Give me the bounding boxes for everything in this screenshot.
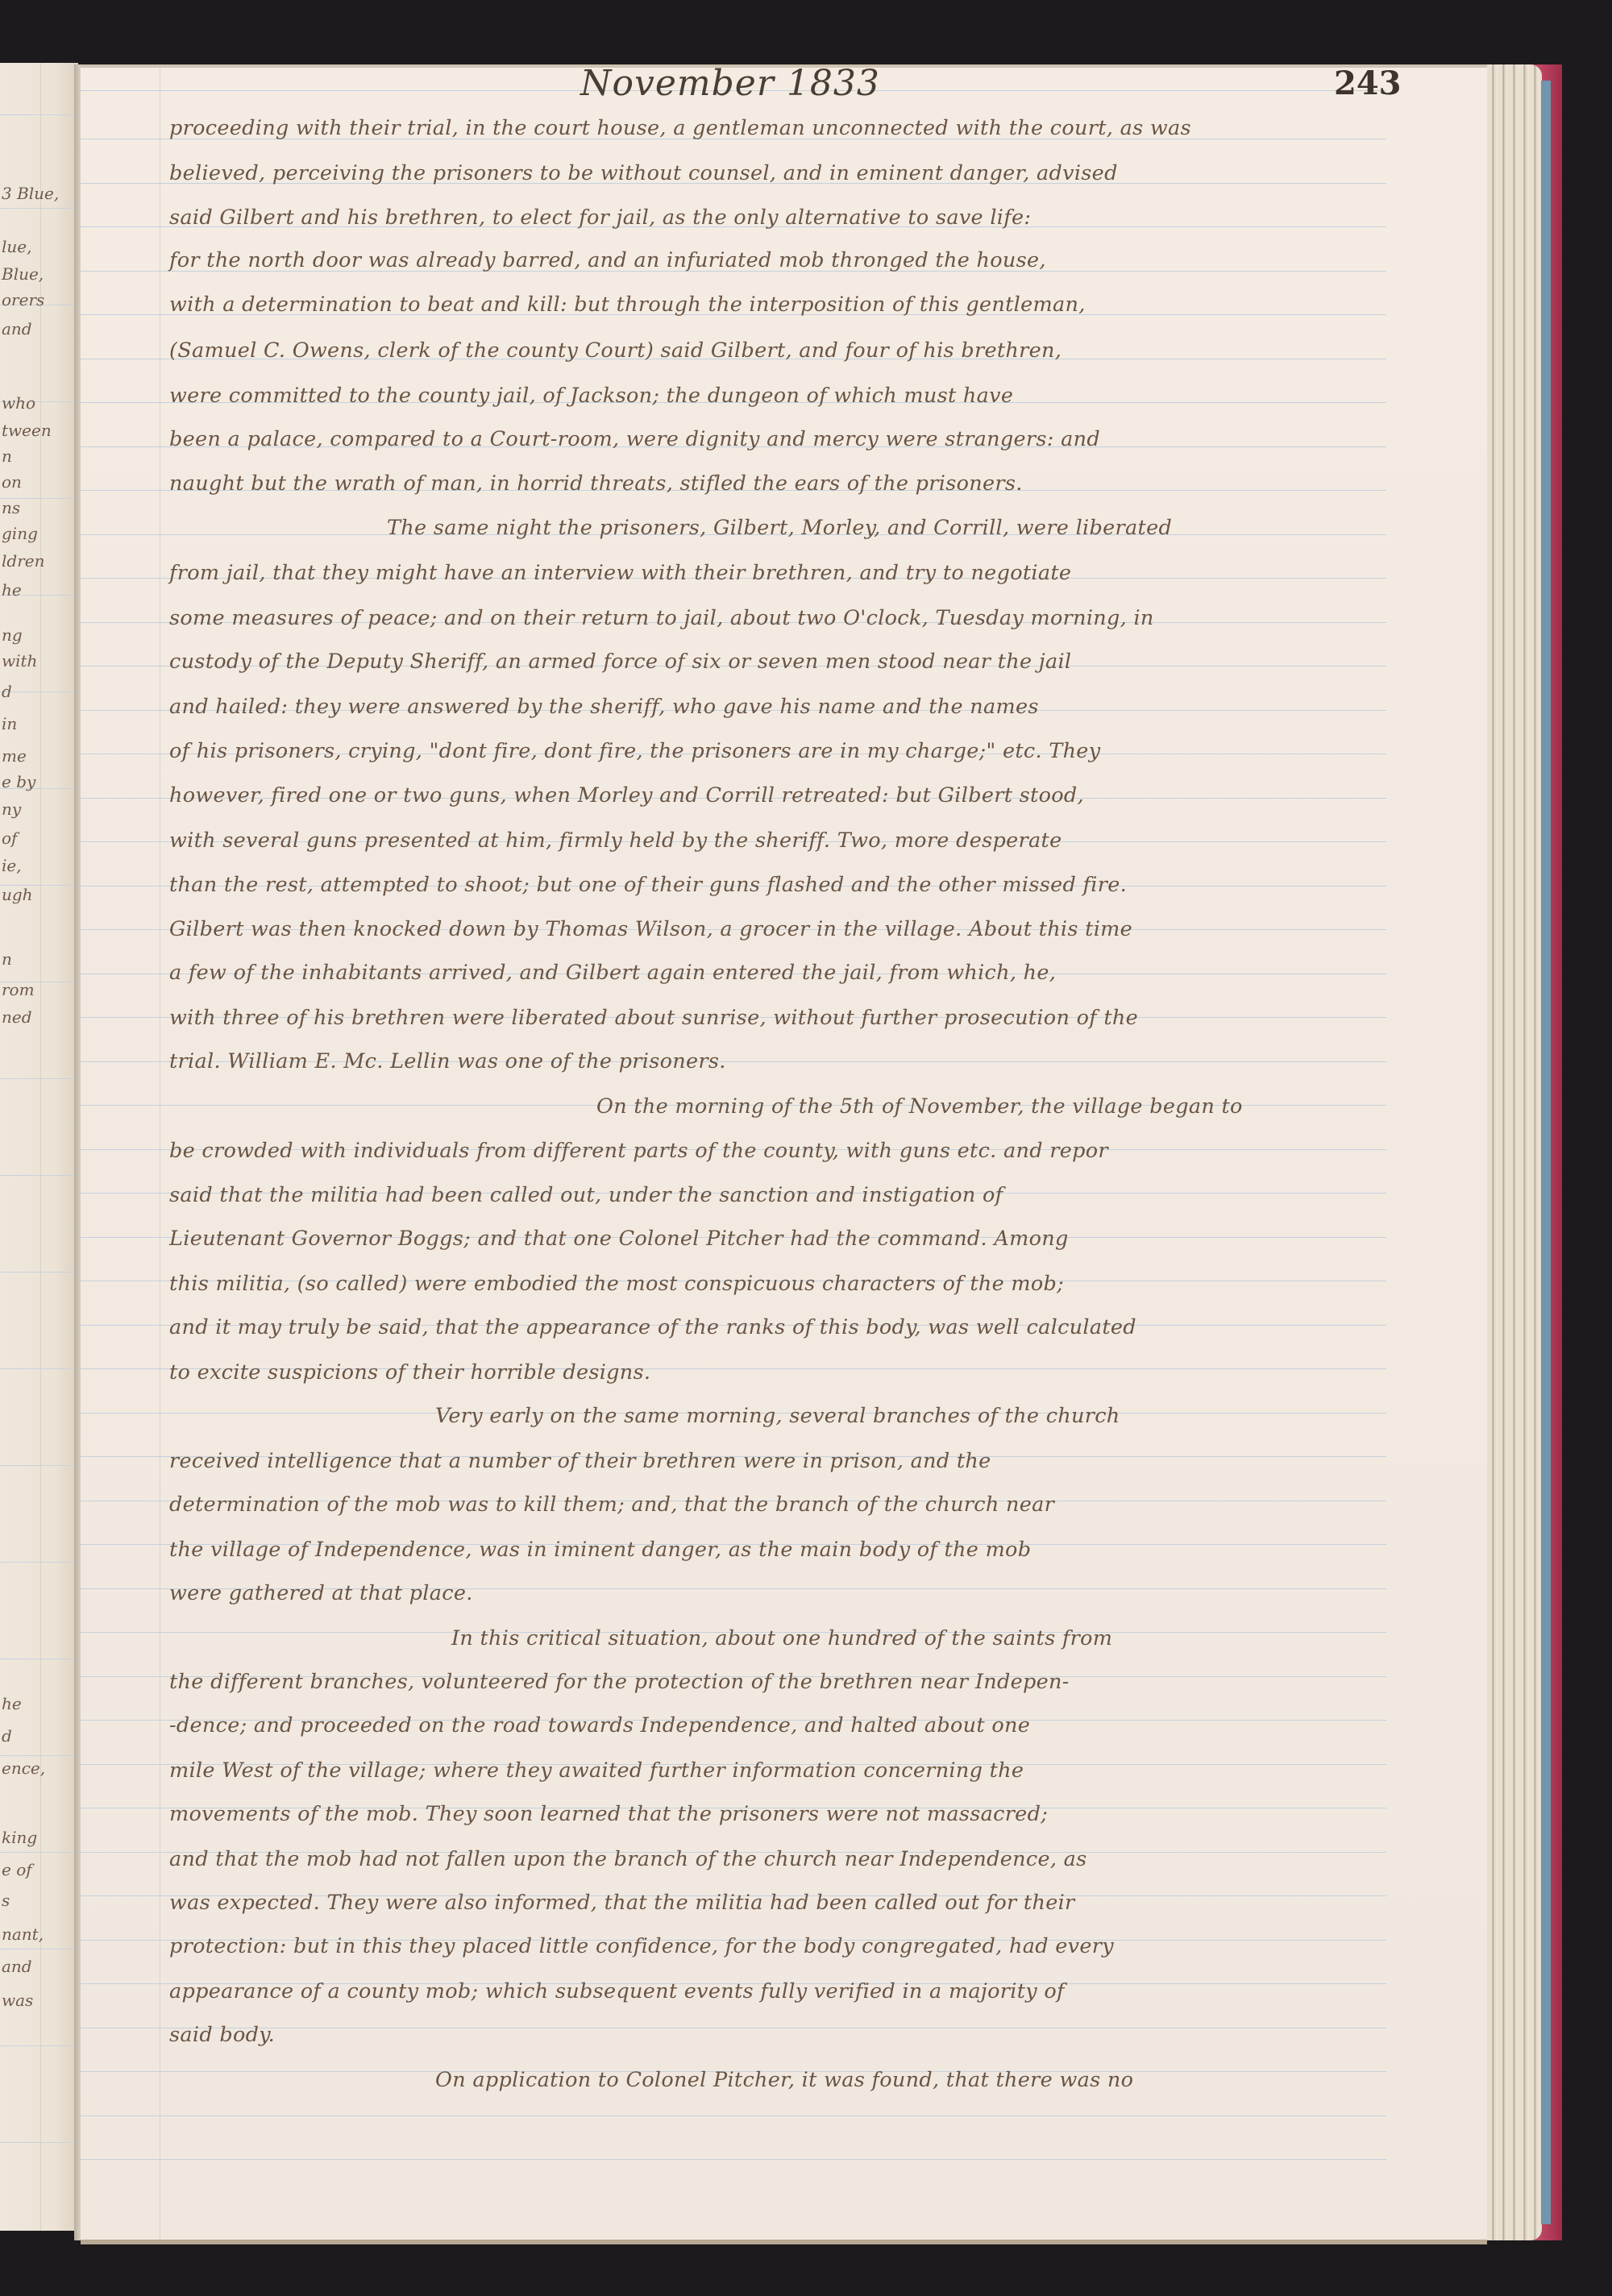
manuscript-line: mile West of the village; where they awa…: [169, 1758, 1024, 1783]
left-page-fragment: d: [2, 1726, 12, 1746]
manuscript-line: however, fired one or two guns, when Mor…: [169, 783, 1084, 808]
left-page-fragment: me: [2, 746, 27, 766]
left-page-fragment: he: [2, 1694, 22, 1713]
left-page-fragment: ldren: [2, 551, 44, 571]
rule-line: [81, 2159, 1386, 2160]
manuscript-line: movements of the mob. They soon learned …: [169, 1802, 1048, 1826]
manuscript-line: naught but the wrath of man, in horrid t…: [169, 471, 1023, 496]
rule-line: [0, 1852, 78, 1853]
manuscript-line: were gathered at that place.: [169, 1581, 473, 1605]
manuscript-line: some measures of peace; and on their ret…: [169, 606, 1154, 630]
manuscript-line: trial. William E. Mc. Lellin was one of …: [169, 1049, 726, 1073]
manuscript-line: The same night the prisoners, Gilbert, M…: [387, 516, 1172, 540]
manuscript-line: a few of the inhabitants arrived, and Gi…: [169, 961, 1056, 985]
manuscript-line: and that the mob had not fallen upon the…: [169, 1847, 1087, 1871]
manuscript-line: be crowded with individuals from differe…: [169, 1139, 1108, 1163]
rule-line: [0, 1562, 78, 1563]
left-page-fragment: s: [2, 1891, 10, 1910]
left-page-fragment: 3 Blue,: [2, 184, 59, 203]
manuscript-line: Very early on the same morning, several …: [435, 1404, 1120, 1428]
left-page-fragment: tween: [2, 421, 52, 440]
rule-line: [81, 2028, 1386, 2028]
left-page-sliver: 3 Blue, lue, Blue, orers and who tween n…: [0, 63, 78, 2231]
manuscript-line: Gilbert was then knocked down by Thomas …: [169, 917, 1132, 941]
manuscript-line: said body.: [169, 2023, 275, 2047]
left-page-fragment: of: [2, 828, 17, 848]
left-page-fragment: ence,: [2, 1758, 45, 1778]
manuscript-line: with a determination to beat and kill: b…: [169, 293, 1086, 317]
manuscript-line: Lieutenant Governor Boggs; and that one …: [169, 1227, 1069, 1251]
left-page-fragment: was: [2, 1991, 33, 2010]
page-header-date: November 1833: [580, 63, 880, 104]
page-number: 243: [1334, 64, 1402, 102]
manuscript-line: been a palace, compared to a Court-room,…: [169, 427, 1100, 451]
rule-line: [0, 208, 78, 209]
manuscript-line: On the morning of the 5th of November, t…: [596, 1094, 1243, 1119]
rule-line: [0, 114, 78, 115]
manuscript-line: determination of the mob was to kill the…: [169, 1493, 1054, 1517]
manuscript-line: and hailed: they were answered by the sh…: [169, 695, 1039, 719]
manuscript-line: this militia, (so called) were embodied …: [169, 1272, 1064, 1296]
right-page-margin-line: [160, 68, 160, 2240]
rule-line: [0, 1465, 78, 1466]
left-page-fragment: rom: [2, 980, 35, 999]
manuscript-line: custody of the Deputy Sheriff, an armed …: [169, 650, 1071, 674]
left-page-fragment: nant,: [2, 1924, 44, 1944]
left-page-fragment: he: [2, 580, 22, 600]
left-page-fragment: ie,: [2, 856, 22, 875]
manuscript-line: appearance of a county mob; which subseq…: [169, 1979, 1065, 2003]
left-page-fragment: n: [2, 949, 12, 969]
manuscript-line: On application to Colonel Pitcher, it wa…: [435, 2068, 1133, 2092]
manuscript-line: with three of his brethren were liberate…: [169, 1006, 1138, 1030]
rule-line: [0, 1368, 78, 1369]
manuscript-line: -dence; and proceeded on the road toward…: [169, 1713, 1030, 1738]
left-page-fragment: ng: [2, 625, 23, 645]
left-page-fragment: n: [2, 446, 12, 466]
rule-line: [0, 1755, 78, 1756]
manuscript-line: of his prisoners, crying, "dont fire, do…: [169, 739, 1100, 763]
left-page-fragment: d: [2, 682, 12, 701]
rule-line: [0, 1949, 78, 1949]
endpaper-edge: [1541, 81, 1551, 2224]
page-edges: [1487, 64, 1542, 2240]
left-page-fragment: king: [2, 1828, 37, 1847]
manuscript-line: In this critical situation, about one hu…: [451, 1626, 1112, 1650]
manuscript-scan: 3 Blue, lue, Blue, orers and who tween n…: [0, 0, 1612, 2296]
left-page-fragment: e of: [2, 1860, 32, 1879]
manuscript-line: were committed to the county jail, of Ja…: [169, 384, 1013, 408]
left-page-fragment: Blue,: [2, 264, 44, 284]
left-page-fragment: ned: [2, 1007, 32, 1027]
left-page-fragment: and: [2, 319, 32, 338]
rule-line: [0, 2045, 78, 2046]
manuscript-line: said Gilbert and his brethren, to elect …: [169, 206, 1031, 230]
manuscript-line: than the rest, attempted to shoot; but o…: [169, 873, 1127, 897]
rule-line: [81, 2115, 1386, 2116]
left-page-fragment: with: [2, 651, 37, 671]
left-page-fragment: ging: [2, 524, 38, 543]
left-page-fragment: ny: [2, 799, 21, 819]
manuscript-line: for the north door was already barred, a…: [169, 248, 1046, 272]
left-page-fragment: and: [2, 1957, 32, 1976]
manuscript-line: with several guns presented at him, firm…: [169, 828, 1062, 853]
left-page-fragment: e by: [2, 772, 35, 791]
left-page-fragment: ugh: [2, 885, 33, 904]
manuscript-line: the different branches, volunteered for …: [169, 1670, 1070, 1694]
rule-line: [0, 1175, 78, 1176]
manuscript-line: protection: but in this they placed litt…: [169, 1934, 1114, 1958]
manuscript-line: was expected. They were also informed, t…: [169, 1891, 1075, 1915]
manuscript-line: proceeding with their trial, in the cour…: [169, 116, 1191, 140]
left-page-fragment: orers: [2, 290, 44, 309]
manuscript-line: said that the militia had been called ou…: [169, 1183, 1003, 1207]
left-page-margin-line: [40, 63, 41, 2231]
manuscript-line: the village of Independence, was in imin…: [169, 1538, 1031, 1562]
manuscript-line: to excite suspicions of their horrible d…: [169, 1360, 650, 1385]
manuscript-line: from jail, that they might have an inter…: [169, 561, 1071, 585]
left-page-fragment: ns: [2, 498, 20, 517]
left-page-fragment: who: [2, 393, 35, 413]
rule-line: [0, 1078, 78, 1079]
manuscript-line: and it may truly be said, that the appea…: [169, 1315, 1136, 1339]
left-page-fragment: lue,: [2, 237, 31, 256]
left-page-fragment: on: [2, 472, 22, 492]
manuscript-line: (Samuel C. Owens, clerk of the county Co…: [169, 338, 1062, 363]
rule-line: [0, 2142, 78, 2143]
rule-line: [0, 1272, 78, 1273]
left-page-fragment: in: [2, 714, 17, 733]
manuscript-line: believed, perceiving the prisoners to be…: [169, 161, 1118, 185]
rule-line: [0, 1659, 78, 1659]
manuscript-line: received intelligence that a number of t…: [169, 1449, 991, 1473]
